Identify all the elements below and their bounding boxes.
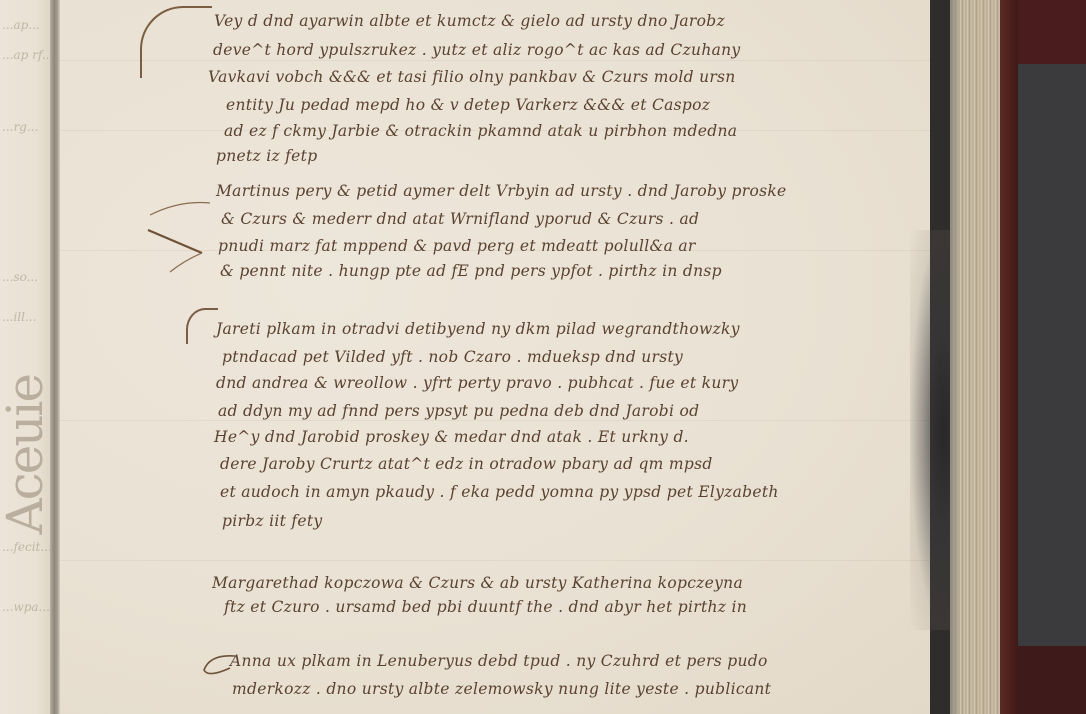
text-line: Anna ux plkam in Lenuberyus debd tpud . … [230, 652, 768, 670]
left-page-fragment: ...ill... [2, 310, 36, 324]
text-line: pnetz iz fetp [216, 147, 317, 165]
margin-bracket-mark [140, 195, 220, 275]
text-line: & Czurs & mederr dnd atat Wrnifland ypor… [221, 210, 699, 228]
text-line: Margarethad kopczowa & Czurs & ab ursty … [212, 574, 743, 592]
binding-top [1018, 0, 1086, 64]
manuscript-photo: ...ap... ...ap rf... ...rg... ...so... .… [0, 0, 1086, 714]
left-page-large-heading: Aceuie [0, 375, 52, 534]
text-line: pnudi marz fat mppend & pavd perg et mde… [218, 237, 696, 255]
text-line: Jareti plkam in otradvi detibyend ny dkm… [216, 320, 740, 338]
text-line: & pennt nite . hungp pte ad fE pnd pers … [220, 262, 722, 280]
grey-backdrop [1018, 64, 1086, 646]
left-page-fragment: ...so... [2, 270, 38, 284]
text-line: entity Ju pedad mepd ho & v detep Varker… [226, 96, 710, 114]
text-line: ... [240, 704, 256, 714]
stacked-page-edges [950, 0, 1002, 714]
text-line: et audoch in amyn pkaudy . f eka pedd yo… [220, 483, 779, 501]
text-line: ad ddyn my ad fnnd pers ypsyt pu pedna d… [218, 402, 699, 420]
text-line: He^y dnd Jarobid proskey & medar dnd ata… [214, 428, 689, 446]
text-line: Vey d dnd ayarwin albte et kumctz & giel… [214, 12, 725, 30]
book-gutter [50, 0, 60, 714]
text-line: Martinus pery & petid aymer delt Vrbyin … [216, 182, 787, 200]
text-line: deve^t hord ypulszrukez . yutz et aliz r… [213, 41, 741, 59]
left-page-fragment: ...rg... [2, 120, 38, 134]
text-line: dere Jaroby Crurtz atat^t edz in otradow… [220, 455, 713, 473]
text-line: ftz et Czuro . ursamd bed pbi duuntf the… [224, 598, 747, 616]
leather-binding-edge [1000, 0, 1020, 714]
text-line: Vavkavi vobch &&& et tasi filio olny pan… [208, 68, 736, 86]
left-page-fragment: ...ap rf... [2, 48, 52, 62]
left-page-fragment: ...fecit... [2, 540, 52, 554]
initial-flourish [186, 308, 218, 344]
binding-bottom [1018, 646, 1086, 714]
text-line: mderkozz . dno ursty albte zelemowsky nu… [232, 680, 771, 698]
left-page-fragment: ...ap... [2, 18, 40, 32]
text-line: pirbz iit fety [222, 512, 322, 530]
left-page-fragment: ...wpa... [2, 600, 50, 614]
text-line: dnd andrea & wreollow . yfrt perty pravo… [216, 374, 738, 392]
text-line: ptndacad pet Vilded yft . nob Czaro . md… [222, 348, 683, 366]
previous-page-edge: ...ap... ...ap rf... ...rg... ...so... .… [0, 0, 52, 714]
text-line: ad ez f ckmy Jarbie & otrackin pkamnd at… [224, 122, 737, 140]
